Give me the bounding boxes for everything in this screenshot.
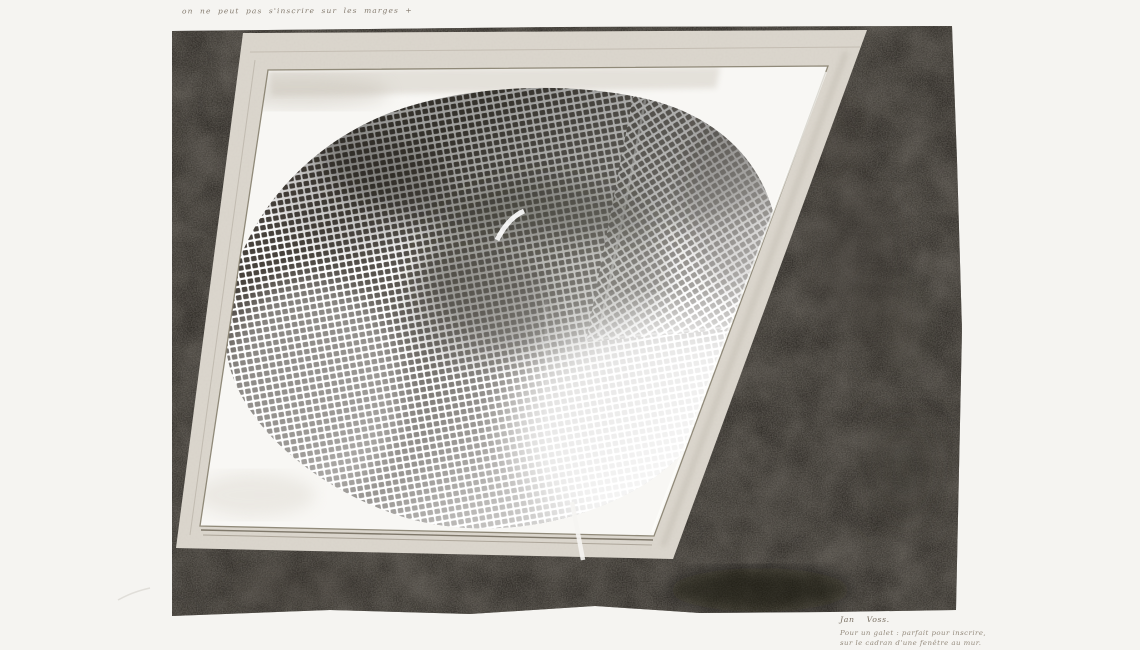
artwork-photo (0, 0, 1140, 650)
caption-block: Jan Voss. Pour un galet : parfait pour i… (840, 615, 1100, 648)
caption-text-line-1: Pour un galet : parfait pour inscrire, (840, 630, 1100, 639)
artwork-container: on ne peut pas s'inscrire sur les marges… (0, 0, 1140, 650)
caption-signature: Jan Voss. (840, 615, 1100, 625)
caption-text-line-2: sur le cadran d'une fenêtre au mur. (840, 639, 1100, 648)
